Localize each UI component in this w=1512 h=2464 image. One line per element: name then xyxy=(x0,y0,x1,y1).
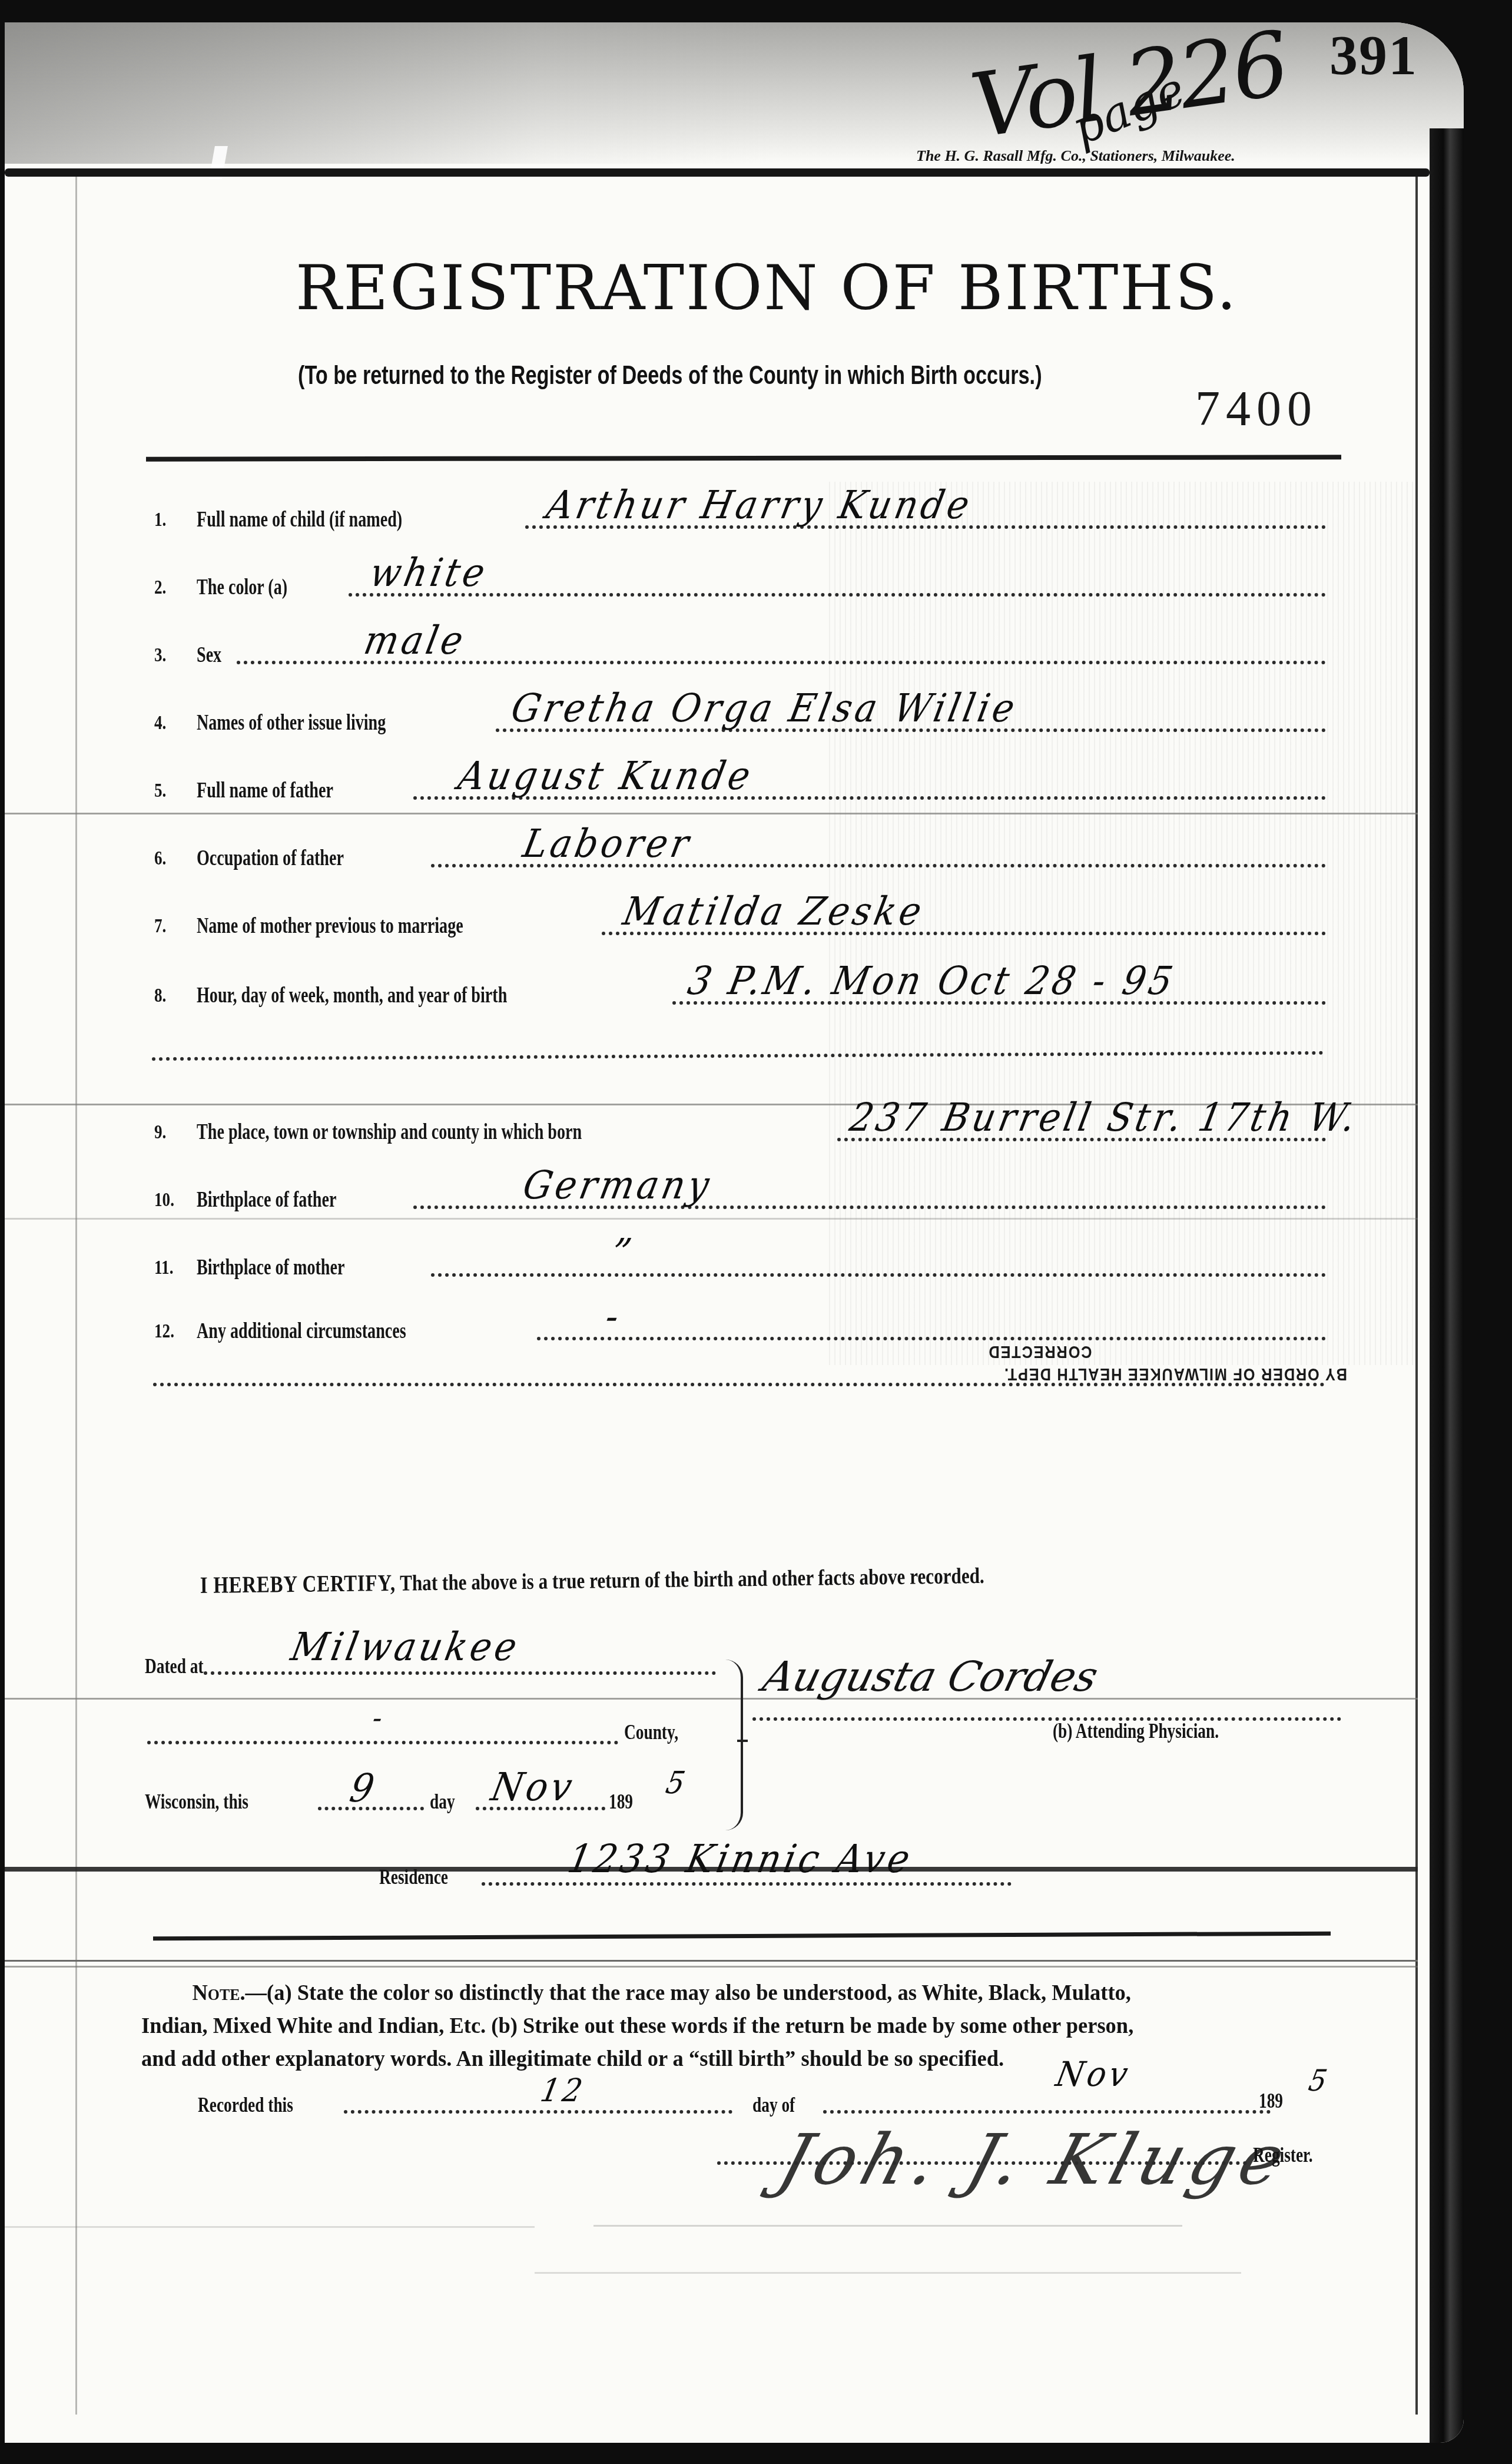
field-number: 8. xyxy=(154,985,166,1007)
field-row-mother-birthplace: 11. Birthplace of mother ” xyxy=(154,1236,1326,1283)
field-number: 2. xyxy=(154,577,166,599)
scan-fold-line xyxy=(5,1698,1418,1700)
field-row-sex: 3. Sex male xyxy=(154,623,1326,670)
left-margin-line xyxy=(75,177,77,2415)
field-value-additional: - xyxy=(602,1294,626,1339)
scan-fold-line xyxy=(5,1218,1418,1220)
physician-signature: Augusta Cordes xyxy=(758,1652,1103,1701)
stamp-line-corrected: CORRECTED xyxy=(957,1342,1347,1362)
residence-value: 1233 Kinnic Ave xyxy=(564,1836,917,1882)
field-row-father-name: 5. Full name of father August Kunde xyxy=(154,759,1326,806)
field-value-mother-birthplace: ” xyxy=(608,1230,638,1276)
field-value-mother-name: Matilda Zeske xyxy=(619,889,929,934)
register-signature: Joh. J. Kluge xyxy=(770,2119,1299,2200)
field-number: 1. xyxy=(154,509,166,531)
wisconsin-label: Wisconsin, this xyxy=(145,1789,248,1814)
field-row-birth-place: 9. The place, town or township and count… xyxy=(154,1100,1326,1147)
certification-statement: I HEREBY CERTIFY, That the above is a tr… xyxy=(200,1561,984,1599)
field-row-color: 2. The color (a) white xyxy=(154,555,1326,602)
field-label: Name of mother previous to marriage xyxy=(197,913,463,939)
dated-at-line xyxy=(204,1671,716,1675)
page-shadow-left xyxy=(5,22,770,164)
field-row-additional: 12. Any additional circumstances - xyxy=(154,1299,1326,1346)
field-label: The place, town or township and county i… xyxy=(197,1119,582,1145)
recorded-day-line xyxy=(344,2110,732,2114)
field-value-sex: male xyxy=(360,618,470,663)
field-line xyxy=(537,1337,1326,1340)
stationer-imprint: The H. G. Rasall Mfg. Co., Stationers, M… xyxy=(916,147,1235,165)
field-number: 6. xyxy=(154,847,166,870)
field-value-father-birthplace: Germany xyxy=(519,1163,716,1208)
faint-rule xyxy=(5,2226,535,2228)
field-value-other-issue: Gretha Orga Elsa Willie xyxy=(508,685,1022,731)
residence-line xyxy=(482,1882,1012,1886)
field-number: 5. xyxy=(154,780,166,802)
field-label: Birthplace of mother xyxy=(197,1254,344,1280)
day-of-label: day of xyxy=(752,2092,795,2117)
recorded-month-value: Nov xyxy=(1053,2054,1135,2094)
binding-edge xyxy=(1430,128,1464,2443)
register-line xyxy=(717,2161,1247,2165)
field-value-birth-time: 3 P.M. Mon Oct 28 - 95 xyxy=(684,958,1179,1004)
field-label: Full name of child (if named) xyxy=(197,506,402,532)
field-value-birth-place: 237 Burrell Str. 17th W. xyxy=(846,1095,1362,1140)
field-row-father-birthplace: 10. Birthplace of father Germany xyxy=(154,1168,1326,1215)
document-page: Vol 226 page 391 The H. G. Rasall Mfg. C… xyxy=(5,22,1464,2443)
register-label: Register. xyxy=(1253,2142,1313,2167)
field-row-child-name: 1. Full name of child (if named) Arthur … xyxy=(154,488,1326,535)
field-label: Full name of father xyxy=(197,777,333,803)
day-value: 9 xyxy=(346,1766,381,1811)
scan-fold-line xyxy=(5,813,1418,814)
top-rule xyxy=(5,168,1430,177)
field-number: 3. xyxy=(154,644,166,667)
physician-line xyxy=(752,1717,1341,1721)
faint-rule xyxy=(593,2225,1182,2227)
certification-bottom-rule xyxy=(153,1932,1331,1941)
recorded-label: Recorded this xyxy=(198,2092,293,2117)
field-label: Birthplace of father xyxy=(197,1187,336,1213)
field-row-birth-time: 8. Hour, day of week, month, and year of… xyxy=(154,963,1326,1011)
field-number: 11. xyxy=(154,1257,174,1279)
field-value-child-name: Arthur Harry Kunde xyxy=(543,482,976,528)
header-rule xyxy=(146,455,1341,462)
certification-lead: I HEREBY CERTIFY, xyxy=(200,1569,396,1598)
document-subtitle: (To be returned to the Register of Deeds… xyxy=(298,361,1042,390)
stamp-rule xyxy=(153,1383,1325,1386)
recorded-year-suffix: 5 xyxy=(1306,2064,1333,2098)
faint-rule xyxy=(535,2272,1241,2274)
certification-brace xyxy=(723,1660,743,1830)
field-label: Occupation of father xyxy=(197,845,344,871)
page-number: 391 xyxy=(1329,22,1418,88)
month-value: Nov xyxy=(488,1764,579,1810)
field-row-father-occupation: 6. Occupation of father Laborer xyxy=(154,826,1326,873)
recorded-year-prefix: 189 xyxy=(1259,2088,1283,2113)
year-suffix: 5 xyxy=(663,1766,691,1801)
stamp-line-health-dept: BY ORDER OF MILWAUKEE HEALTH DEPT. xyxy=(957,1364,1347,1384)
correction-stamp: BY ORDER OF MILWAUKEE HEALTH DEPT. CORRE… xyxy=(888,1342,1347,1384)
field-number: 10. xyxy=(154,1189,174,1211)
certification-brace-tip xyxy=(737,1740,748,1742)
county-value: - xyxy=(370,1701,389,1735)
county-line xyxy=(147,1741,618,1744)
field-label: Any additional circumstances xyxy=(197,1318,406,1344)
year-prefix: 189 xyxy=(609,1789,633,1814)
note-line-1: —(a) State the color so distinctly that … xyxy=(246,1981,1131,2005)
field-row-other-issue: 4. Names of other issue living Gretha Or… xyxy=(154,691,1326,738)
field-label: Hour, day of week, month, and year of bi… xyxy=(197,982,507,1008)
field-number: 9. xyxy=(154,1121,166,1144)
note-rule-top xyxy=(5,1960,1418,1962)
field-value-father-name: August Kunde xyxy=(455,753,757,799)
physician-label: (b) Attending Physician. xyxy=(1053,1718,1219,1743)
field-row-mother-name: 7. Name of mother previous to marriage M… xyxy=(154,894,1326,941)
field-line xyxy=(349,593,1326,597)
field-value-color: white xyxy=(366,550,492,595)
note-line-2: Indian, Mixed White and Indian, Etc. (b)… xyxy=(141,2009,1294,2042)
recorded-month-line xyxy=(823,2110,1271,2114)
field-number: 12. xyxy=(154,1320,174,1343)
note-lead: Note. xyxy=(192,1981,245,2005)
record-number: 7400 xyxy=(1195,380,1318,438)
field-number: 4. xyxy=(154,712,166,734)
field-number: 7. xyxy=(154,915,166,938)
county-label: County, xyxy=(624,1720,678,1744)
note-rule-bottom xyxy=(5,1966,1418,1968)
field-value-father-occupation: Laborer xyxy=(519,821,696,866)
field-line xyxy=(431,1273,1326,1277)
day-label: day xyxy=(430,1789,455,1814)
recorded-day-value: 12 xyxy=(538,2072,589,2109)
dated-at-label: Dated at xyxy=(145,1654,204,1678)
residence-label: Residence xyxy=(379,1864,448,1889)
document-title: REGISTRATION OF BIRTHS. xyxy=(296,252,1238,324)
certification-text: That the above is a true return of the b… xyxy=(400,1564,984,1596)
field-label: Sex xyxy=(197,642,221,668)
field-label: The color (a) xyxy=(197,574,287,600)
field-label: Names of other issue living xyxy=(197,710,386,736)
dated-at-value: Milwaukee xyxy=(287,1624,524,1670)
